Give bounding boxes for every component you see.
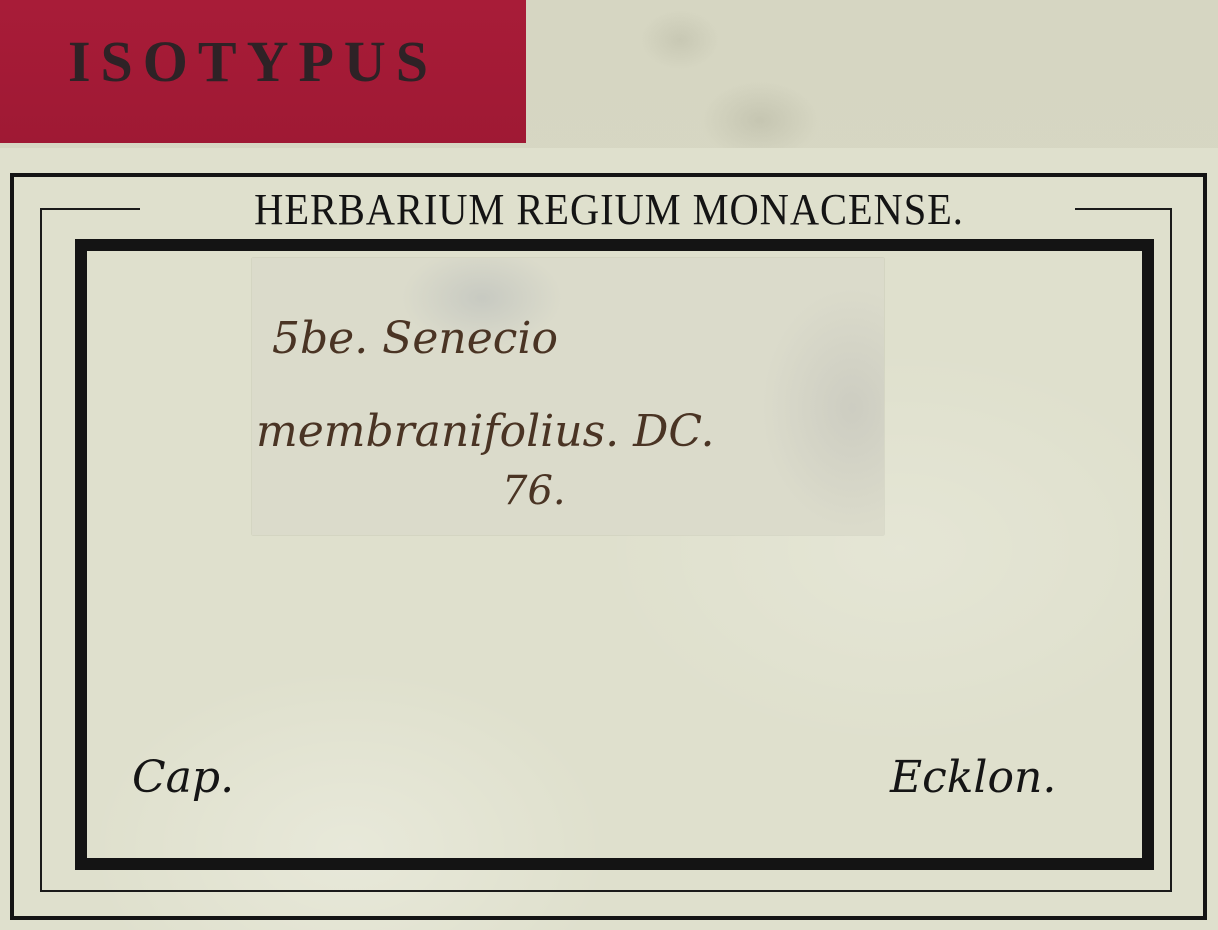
type-status-label: ISOTYPUS bbox=[0, 0, 526, 143]
slip-line-genus: 5be. Senecio bbox=[272, 313, 558, 364]
type-status-text: ISOTYPUS bbox=[68, 28, 438, 95]
handwritten-slip: 5be. Senecio membranifolius. DC. 76. bbox=[252, 258, 884, 535]
herbarium-header: HERBARIUM REGIUM MONACENSE. bbox=[49, 184, 1170, 235]
collector-text: Ecklon. bbox=[890, 752, 1056, 803]
locality-text: Cap. bbox=[132, 752, 234, 803]
slip-line-species: membranifolius. DC. bbox=[256, 406, 715, 457]
slip-line-number: 76. bbox=[502, 468, 566, 514]
